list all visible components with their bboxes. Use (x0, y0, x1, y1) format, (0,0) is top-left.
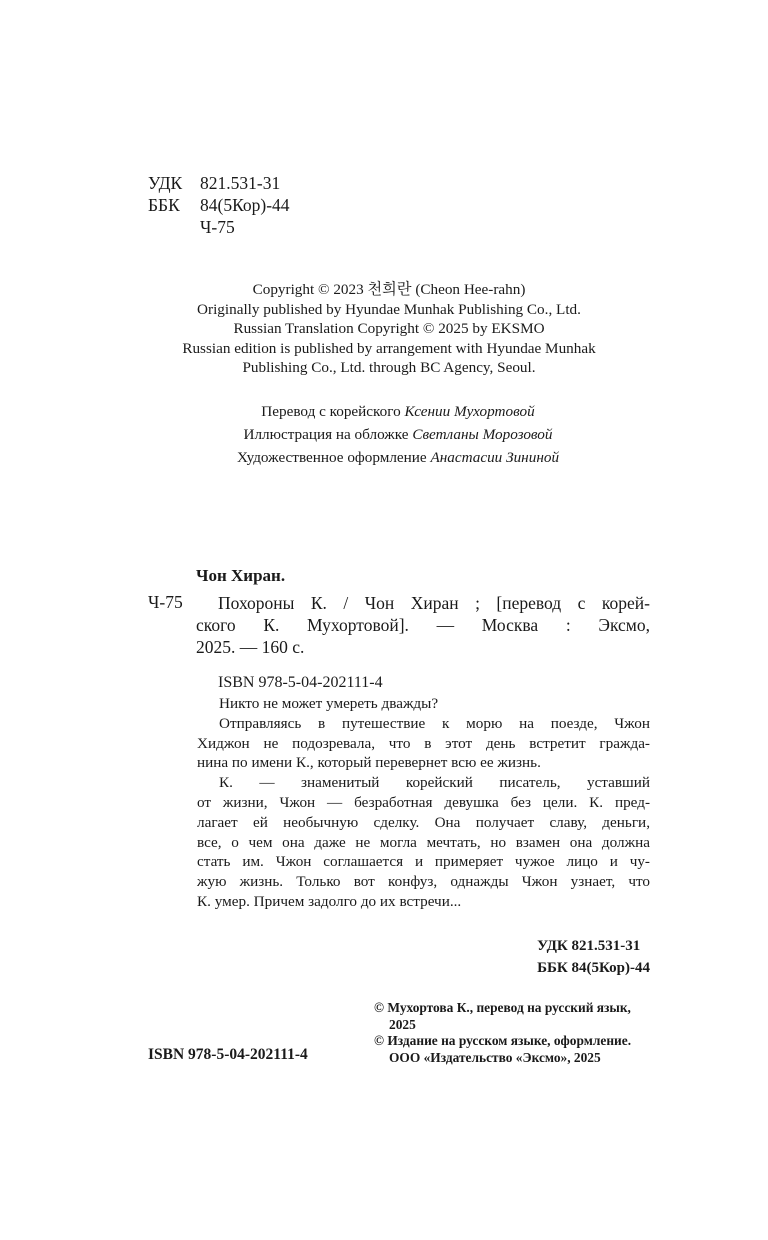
credit-role: Художественное оформление (237, 449, 427, 466)
footer-udk: УДК 821.531-31 (537, 935, 650, 957)
annotation-line: лагает ей необычную сделку. Она получает… (197, 813, 650, 833)
annotation-line: Отправляясь в путешествие к морю на поез… (197, 714, 650, 734)
rights-block: © Мухортова К., перевод на русский язык,… (374, 1000, 631, 1066)
footer-classification: УДК 821.531-31 ББК 84(5Кор)-44 (537, 935, 650, 979)
annotation-line: все, о чем она даже не могла мечтать, но… (197, 833, 650, 853)
record-isbn: ISBN 978-5-04-202111-4 (218, 674, 383, 692)
entry-line: 2025. — 160 с. (196, 636, 650, 658)
copyright-line: Russian Translation Copyright © 2025 by … (0, 319, 768, 339)
record-entry: Похороны К. / Чон Хиран ; [перевод с кор… (196, 592, 650, 658)
credit-role: Перевод с корейского (261, 403, 400, 420)
udk-label: УДК (148, 172, 200, 194)
annotation: Никто не может умереть дважды? Отправляя… (197, 694, 650, 912)
copyright-block: Copyright © 2023 천희란 (Cheon Hee-rahn) Or… (0, 280, 768, 378)
rights-edition: © Издание на русском языке, оформление. (374, 1033, 631, 1050)
annotation-line: от жизни, Чжон — безработная девушка без… (197, 793, 650, 813)
credits-block: Перевод с корейского Ксении Мухортовой И… (0, 400, 768, 469)
record-cutter: Ч-75 (148, 592, 183, 613)
cutter-code: Ч-75 (148, 216, 290, 238)
annotation-line: К. — знаменитый корейский писатель, уста… (197, 773, 650, 793)
annotation-line: стать им. Чжон соглашается и примеряет ч… (197, 852, 650, 872)
credit-translator: Перевод с корейского Ксении Мухортовой (0, 400, 768, 423)
rights-translation-year: 2025 (374, 1017, 631, 1034)
author-heading: Чон Хиран. (196, 566, 285, 586)
entry-line: Похороны К. / Чон Хиран ; [перевод с кор… (196, 592, 650, 614)
bbk-value: 84(5Кор)-44 (200, 194, 290, 216)
annotation-line: К. умер. Причем задолго до их встречи... (197, 892, 650, 912)
rights-publisher: ООО «Издательство «Эксмо», 2025 (374, 1050, 631, 1067)
credit-name: Светланы Морозовой (412, 426, 552, 443)
entry-line: ского К. Мухортовой]. — Москва : Эксмо, (196, 614, 650, 636)
credit-role: Иллюстрация на обложке (243, 426, 408, 443)
udk-value: 821.531-31 (200, 172, 280, 194)
annotation-line: жую жизнь. Только вот конфуз, однажды Чж… (197, 872, 650, 892)
footer-isbn: ISBN 978-5-04-202111-4 (148, 1046, 308, 1064)
annotation-line: Никто не может умереть дважды? (197, 694, 650, 714)
credit-name: Ксении Мухортовой (404, 403, 534, 420)
udk-row: УДК 821.531-31 (148, 172, 290, 194)
credit-illustrator: Иллюстрация на обложке Светланы Морозово… (0, 423, 768, 446)
copyright-line: Publishing Co., Ltd. through BC Agency, … (0, 358, 768, 378)
bbk-row: ББК 84(5Кор)-44 (148, 194, 290, 216)
footer-bbk: ББК 84(5Кор)-44 (537, 957, 650, 979)
copyright-line: Russian edition is published by arrangem… (0, 339, 768, 359)
annotation-line: нина по имени К., который перевернет всю… (197, 753, 650, 773)
copyright-line: Originally published by Hyundae Munhak P… (0, 300, 768, 320)
credit-designer: Художественное оформление Анастасии Зини… (0, 446, 768, 469)
credit-name: Анастасии Зининой (430, 449, 559, 466)
annotation-line: Хиджон не подозревала, что в этот день в… (197, 734, 650, 754)
rights-translation: © Мухортова К., перевод на русский язык, (374, 1000, 631, 1017)
classification-codes: УДК 821.531-31 ББК 84(5Кор)-44 Ч-75 (148, 172, 290, 238)
bbk-label: ББК (148, 194, 200, 216)
copyright-line: Copyright © 2023 천희란 (Cheon Hee-rahn) (0, 280, 768, 300)
